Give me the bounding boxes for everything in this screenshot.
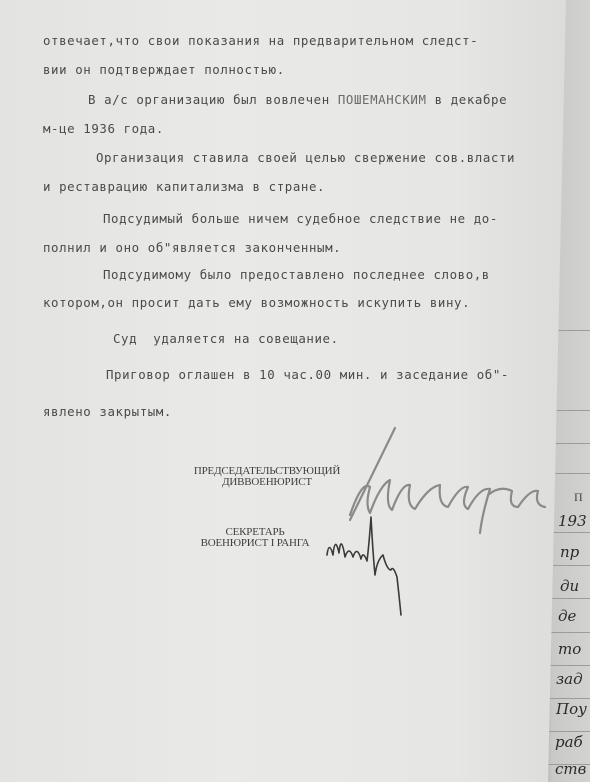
text-span: В а/с организацию был вовлечен bbox=[88, 92, 338, 107]
text-line: Суд удаляется на совещание. bbox=[113, 331, 339, 346]
text-line: Подсудимому было предоставлено последнее… bbox=[103, 267, 490, 282]
underlying-text: зад bbox=[556, 670, 583, 688]
underlying-text: то bbox=[558, 640, 581, 658]
secretary-title: СЕКРЕТАРЬВОЕНЮРИСТ I РАНГА bbox=[180, 527, 330, 549]
ruled-line bbox=[548, 532, 590, 533]
underlying-text: П bbox=[574, 490, 583, 505]
ruled-line bbox=[548, 598, 590, 599]
underlying-text: Поу bbox=[556, 700, 587, 718]
ruled-line bbox=[548, 698, 590, 699]
ruled-line bbox=[548, 565, 590, 566]
text-line: В а/с организацию был вовлечен ПОШЕМАНСК… bbox=[88, 92, 507, 107]
underlying-text: раб bbox=[555, 733, 583, 751]
text-line: отвечает,что свои показания на предварит… bbox=[43, 33, 478, 48]
text-line: вии он подтверждает полностью. bbox=[43, 62, 285, 77]
chairman-signature bbox=[340, 425, 550, 525]
text-line: Подсудимый больше ничем судебное следств… bbox=[103, 211, 498, 226]
document-page bbox=[0, 0, 566, 782]
ruled-line bbox=[548, 731, 590, 732]
underlying-text: ди bbox=[560, 577, 579, 595]
text-line: Приговор оглашен в 10 час.00 мин. и засе… bbox=[106, 367, 509, 382]
underlying-text: 193 bbox=[558, 512, 587, 530]
text-line: Организация ставила своей целью свержени… bbox=[96, 150, 515, 165]
chairman-title: ПРЕДСЕДАТЕЛЬСТВУЮЩИЙДИВВОЕНЮРИСТ bbox=[182, 466, 352, 488]
underlying-text: пр bbox=[560, 543, 579, 561]
surname: ПОШЕМАНСКИМ bbox=[338, 92, 427, 107]
text-span: в декабре bbox=[427, 92, 508, 107]
secretary-signature bbox=[325, 515, 415, 620]
text-line: явлено закрытым. bbox=[43, 404, 172, 419]
ruled-line bbox=[548, 665, 590, 666]
text-line: полнил и оно об"является законченным. bbox=[43, 240, 341, 255]
underlying-text: де bbox=[558, 607, 576, 625]
text-line: котором,он просит дать ему возможность и… bbox=[43, 295, 470, 310]
underlying-text: ств bbox=[555, 760, 586, 778]
text-line: м-це 1936 года. bbox=[43, 121, 164, 136]
ruled-line bbox=[548, 632, 590, 633]
chairman-rank-text: ДИВВОЕНЮРИСТ bbox=[222, 476, 312, 488]
text-line: и реставрацию капитализма в стране. bbox=[43, 179, 325, 194]
secretary-rank-text: ВОЕНЮРИСТ I РАНГА bbox=[201, 537, 310, 549]
